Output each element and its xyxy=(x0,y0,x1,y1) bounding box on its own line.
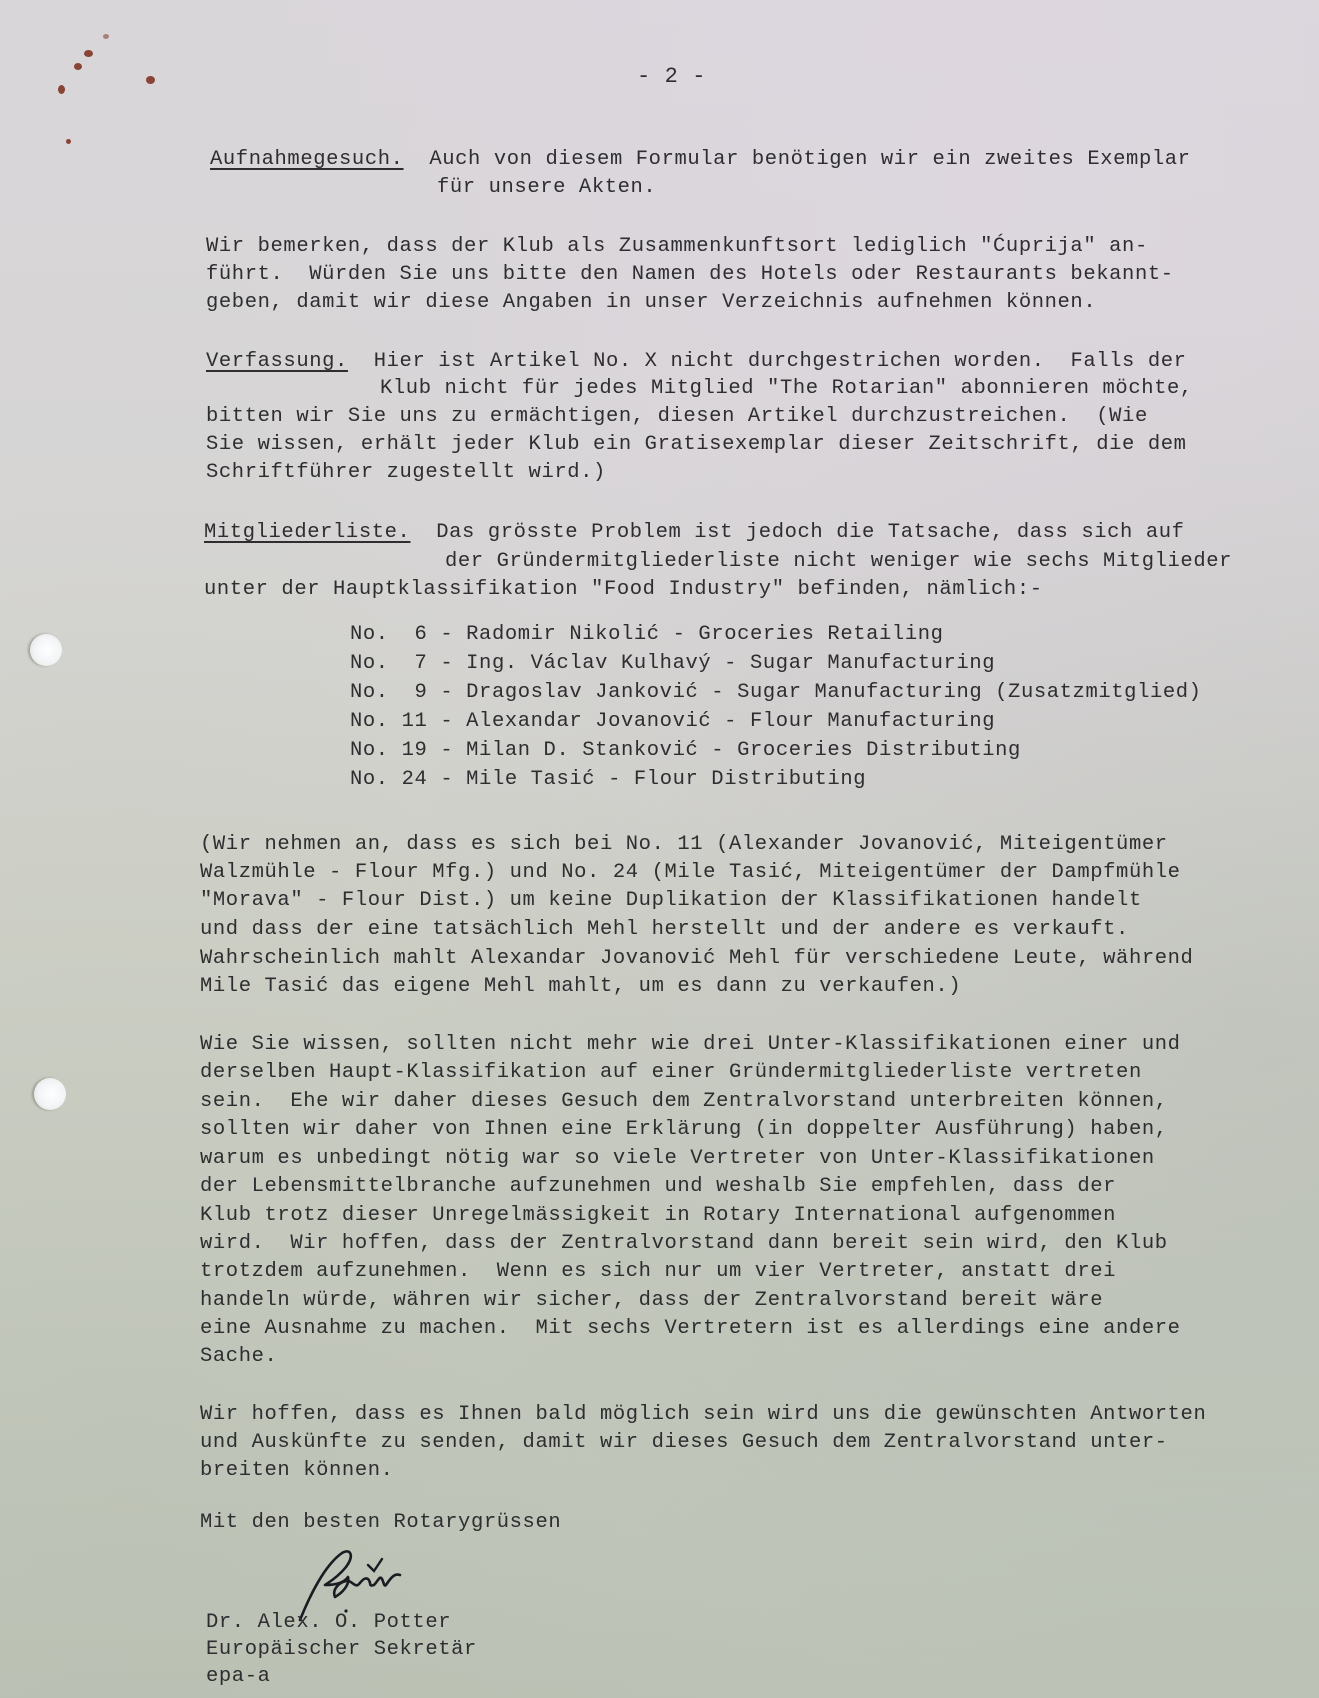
list-item: No. 11 - Alexandar Jovanović - Flour Man… xyxy=(350,709,995,735)
member-name: Mile Tasić xyxy=(466,768,595,791)
section-aufnahmegesuch-line-1: Aufnahmegesuch. Auch von diesem Formular… xyxy=(210,147,1191,173)
list-item: No. 7 - Ing. Václav Kulhavý - Sugar Manu… xyxy=(350,651,995,677)
paragraph-line: wird. Wir hoffen, dass der Zentralvorsta… xyxy=(200,1231,1168,1257)
paragraph-line: trotzdem aufzunehmen. Wenn es sich nur u… xyxy=(200,1259,1116,1285)
section-aufnahmegesuch-line-2: für unsere Akten. xyxy=(437,175,656,201)
punch-hole-top xyxy=(30,634,62,666)
member-number: No. 19 xyxy=(350,739,427,762)
paragraph-line: breiten können. xyxy=(200,1458,394,1484)
member-classification: Groceries Retailing xyxy=(698,623,943,646)
list-item: No. 24 - Mile Tasić - Flour Distributing xyxy=(350,767,866,793)
member-name: Alexandar Jovanović xyxy=(466,710,711,733)
paragraph-line: Wie Sie wissen, sollten nicht mehr wie d… xyxy=(200,1032,1181,1058)
reference-initials: epa-a xyxy=(206,1664,271,1690)
paragraph-line: Schriftführer zugestellt wird.) xyxy=(206,460,606,486)
paragraph-line: Wir hoffen, dass es Ihnen bald möglich s… xyxy=(200,1402,1206,1428)
member-number: No. 6 xyxy=(350,623,427,646)
paragraph-text: Hier ist Artikel No. X nicht durchgestri… xyxy=(348,350,1187,373)
member-name: Ing. Václav Kulhavý xyxy=(466,652,711,675)
paragraph-line: Wir bemerken, dass der Klub als Zusammen… xyxy=(206,234,1148,260)
page-number: - 2 - xyxy=(637,64,706,90)
signer-name: Dr. Alex. O. Potter xyxy=(206,1610,451,1636)
member-name: Milan D. Stanković xyxy=(466,739,698,762)
paragraph-line: der Lebensmittelbranche aufzunehmen und … xyxy=(200,1174,1116,1200)
paragraph-line: warum es unbedingt nötig war so viele Ve… xyxy=(200,1146,1155,1172)
paragraph-line: Sie wissen, erhält jeder Klub ein Gratis… xyxy=(206,432,1187,458)
paragraph-line: Klub trotz dieser Unregelmässigkeit in R… xyxy=(200,1203,1116,1229)
paragraph-line: und dass der eine tatsächlich Mehl herst… xyxy=(200,917,1129,943)
section-verfassung-line-1: Verfassung. Hier ist Artikel No. X nicht… xyxy=(206,349,1187,375)
member-name: Radomir Nikolić xyxy=(466,623,660,646)
section-heading-mitgliederliste: Mitgliederliste. xyxy=(204,521,410,544)
member-number: No. 9 xyxy=(350,681,427,704)
member-classification: Flour Manufacturing xyxy=(750,710,995,733)
member-classification: Sugar Manufacturing (Zusatzmitglied) xyxy=(737,681,1201,704)
member-number: No. 24 xyxy=(350,768,427,791)
member-classification: Sugar Manufacturing xyxy=(750,652,995,675)
signer-title: Europäischer Sekretär xyxy=(206,1637,477,1663)
paragraph-line: eine Ausnahme zu machen. Mit sechs Vertr… xyxy=(200,1316,1181,1342)
member-classification: Groceries Distributing xyxy=(737,739,1021,762)
paragraph-line: führt. Würden Sie uns bitte den Namen de… xyxy=(206,262,1174,288)
section-mitgliederliste-line-1: Mitgliederliste. Das grösste Problem ist… xyxy=(204,520,1185,546)
paragraph-line: und Auskünfte zu senden, damit wir diese… xyxy=(200,1430,1168,1456)
paragraph-line: Sache. xyxy=(200,1344,277,1370)
paragraph-text: Das grösste Problem ist jedoch die Tatsa… xyxy=(410,521,1184,544)
paragraph-line: (Wir nehmen an, dass es sich bei No. 11 … xyxy=(200,832,1168,858)
section-heading-aufnahmegesuch: Aufnahmegesuch. xyxy=(210,148,404,171)
punch-hole-bottom xyxy=(34,1078,66,1110)
paragraph-line: der Gründermitgliederliste nicht weniger… xyxy=(445,549,1232,575)
paragraph-line: sein. Ehe wir daher dieses Gesuch dem Ze… xyxy=(200,1089,1168,1115)
member-number: No. 7 xyxy=(350,652,427,675)
paragraph-line: unter der Hauptklassifikation "Food Indu… xyxy=(204,577,1043,603)
closing-greeting: Mit den besten Rotarygrüssen xyxy=(200,1510,561,1536)
paragraph-line: Walzmühle - Flour Mfg.) und No. 24 (Mile… xyxy=(200,860,1181,886)
paragraph-line: Klub nicht für jedes Mitglied "The Rotar… xyxy=(380,376,1193,402)
paragraph-text: Auch von diesem Formular benötigen wir e… xyxy=(404,148,1191,171)
list-item: No. 9 - Dragoslav Janković - Sugar Manuf… xyxy=(350,680,1202,706)
list-item: No. 6 - Radomir Nikolić - Groceries Reta… xyxy=(350,622,944,648)
list-item: No. 19 - Milan D. Stanković - Groceries … xyxy=(350,738,1021,764)
paragraph-line: "Morava" - Flour Dist.) um keine Duplika… xyxy=(200,888,1142,914)
paragraph-line: sollten wir daher von Ihnen eine Erkläru… xyxy=(200,1117,1168,1143)
paragraph-line: geben, damit wir diese Angaben in unser … xyxy=(206,290,1096,316)
member-classification: Flour Distributing xyxy=(634,768,866,791)
paragraph-line: derselben Haupt-Klassifikation auf einer… xyxy=(200,1060,1142,1086)
paragraph-line: handeln würde, währen wir sicher, dass d… xyxy=(200,1288,1103,1314)
section-heading-verfassung: Verfassung. xyxy=(206,350,348,373)
member-name: Dragoslav Janković xyxy=(466,681,698,704)
member-number: No. 11 xyxy=(350,710,427,733)
paragraph-line: bitten wir Sie uns zu ermächtigen, diese… xyxy=(206,404,1148,430)
paragraph-line: Mile Tasić das eigene Mehl mahlt, um es … xyxy=(200,974,961,1000)
paragraph-line: Wahrscheinlich mahlt Alexandar Jovanović… xyxy=(200,946,1193,972)
